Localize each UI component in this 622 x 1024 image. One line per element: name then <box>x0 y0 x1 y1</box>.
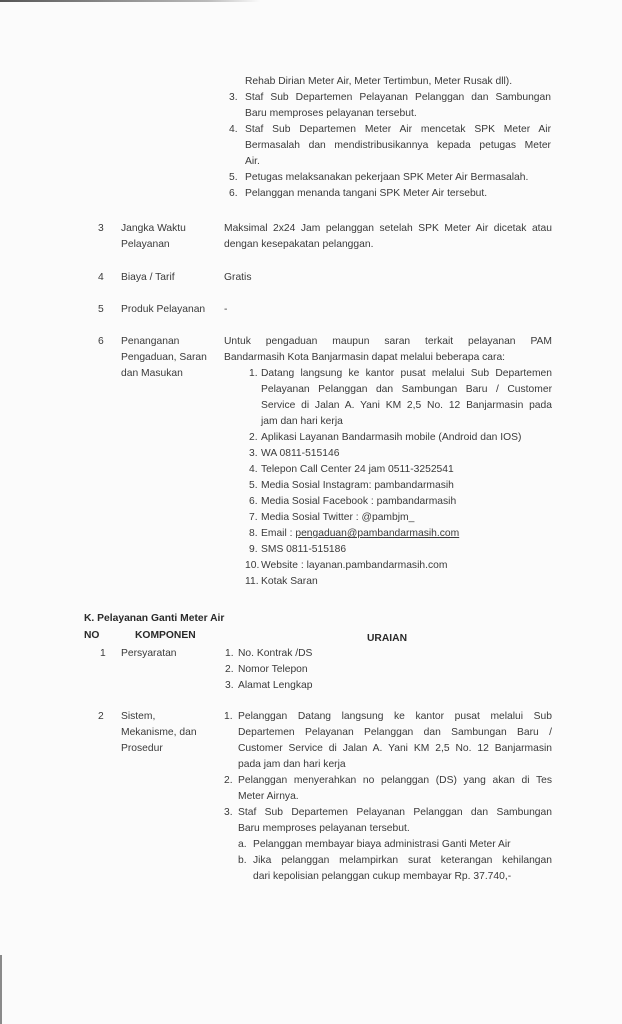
list-item-text: Air. <box>245 155 260 168</box>
komponen-label: Penanganan <box>121 335 179 348</box>
header-uraian: URAIAN <box>367 632 407 645</box>
list-item-text: WA 0811-515146 <box>261 447 339 460</box>
list-item-text: Departemen Pelayanan Pelanggan dan Sambu… <box>238 726 552 739</box>
list-item-text: Rehab Dirian Meter Air, Meter Tertimbun,… <box>245 75 512 88</box>
sub-list-text: Jika pelanggan melampirkan surat keteran… <box>253 854 552 867</box>
list-number: 8. <box>249 527 258 540</box>
uraian-text: Bandarmasih Kota Banjarmasin dapat melal… <box>224 351 505 364</box>
list-item-text: Petugas melaksanakan pekerjaan SPK Meter… <box>245 171 528 184</box>
row-number: 5 <box>98 303 104 316</box>
list-number: 5. <box>249 479 258 492</box>
list-item-text: SMS 0811-515186 <box>261 543 346 556</box>
row-number: 2 <box>98 710 104 723</box>
list-item-text: No. Kontrak /DS <box>238 647 312 660</box>
list-number: 3. <box>225 679 234 692</box>
komponen-label: Sistem, <box>121 710 155 723</box>
list-number: 6. <box>249 495 258 508</box>
komponen-label: Mekanisme, dan <box>121 726 197 739</box>
row-number: 4 <box>98 271 104 284</box>
header-komponen: KOMPONEN <box>135 629 196 642</box>
list-item-text: Meter Airnya. <box>238 790 299 803</box>
list-item-text: Alamat Lengkap <box>238 679 312 692</box>
sub-list-letter: b. <box>238 854 247 867</box>
komponen-label: Prosedur <box>121 742 163 755</box>
komponen-label: Pelayanan <box>121 238 170 251</box>
komponen-label: Persyaratan <box>121 647 177 660</box>
list-item-text: Media Sosial Instagram: pambandarmasih <box>261 479 454 492</box>
list-item-text: Pelanggan menyerahkan no pelanggan (DS) … <box>238 774 552 787</box>
list-number: 4. <box>229 123 238 136</box>
list-item-text: pada jam dan hari kerja <box>238 758 346 771</box>
row-number: 1 <box>100 647 106 660</box>
komponen-label: Produk Pelayanan <box>121 303 205 316</box>
komponen-label: Biaya / Tarif <box>121 271 175 284</box>
list-number: 2. <box>249 431 258 444</box>
list-item-text: Datang langsung ke kantor pusat melalui … <box>261 367 552 380</box>
komponen-label: dan Masukan <box>121 367 183 380</box>
sub-list-text: dari kepolisian pelanggan cukup membayar… <box>253 870 511 883</box>
list-number: 10. <box>245 559 259 572</box>
list-item-text: Staf Sub Departemen Meter Air mencetak S… <box>245 123 551 136</box>
list-item-text: Pelanggan menanda tangani SPK Meter Air … <box>245 187 487 200</box>
list-item-text: Pelanggan Datang langsung ke kantor pusa… <box>238 710 552 723</box>
list-number: 9. <box>249 543 258 556</box>
list-item-text: Telepon Call Center 24 jam 0511-3252541 <box>261 463 454 476</box>
uraian-text: - <box>224 303 227 316</box>
list-item-text: Aplikasi Layanan Bandarmasih mobile (And… <box>261 431 521 444</box>
list-number: 3. <box>229 91 238 104</box>
list-item-text: jam dan hari kerja <box>261 415 343 428</box>
list-number: 2. <box>224 774 233 787</box>
list-number: 6. <box>229 187 238 200</box>
row-number: 6 <box>98 335 104 348</box>
list-item-text: Service di Jalan A. Yani KM 2,5 No. 12 B… <box>261 399 552 412</box>
komponen-label: Jangka Waktu <box>121 222 186 235</box>
list-number: 5. <box>229 171 238 184</box>
uraian-text: Maksimal 2x24 Jam pelanggan setelah SPK … <box>224 222 552 235</box>
section-title: K. Pelayanan Ganti Meter Air <box>84 612 224 625</box>
row-number: 3 <box>98 222 104 235</box>
list-item-text: Baru memproses pelayanan tersebut. <box>245 107 417 120</box>
list-item-text: Email : pengaduan@pambandarmasih.com <box>261 527 459 540</box>
list-number: 7. <box>249 511 258 524</box>
list-item-text: Customer Service di Jalan A. Yani KM 2,5… <box>238 742 552 755</box>
list-item-text: Media Sosial Facebook : pambandarmasih <box>261 495 456 508</box>
email-link[interactable]: pengaduan@pambandarmasih.com <box>295 528 459 539</box>
list-number: 11. <box>245 575 259 588</box>
list-number: 1. <box>225 647 234 660</box>
scan-edge-top <box>0 0 260 2</box>
uraian-text: dengan kesepakatan pelanggan. <box>224 238 373 251</box>
list-item-text: Media Sosial Twitter : @pambjm_ <box>261 511 414 524</box>
list-number: 1. <box>249 367 258 380</box>
list-number: 1. <box>224 710 233 723</box>
list-item-text: Kotak Saran <box>261 575 318 588</box>
list-item-text: Pelayanan Pelanggan dan Sambungan Baru /… <box>261 383 552 396</box>
uraian-text: Gratis <box>224 271 251 284</box>
list-item-text: Bermasalah dan mendistribusikannya kepad… <box>245 139 551 152</box>
list-item-text: Nomor Telepon <box>238 663 308 676</box>
list-number: 2. <box>225 663 234 676</box>
uraian-text: Untuk pengaduan maupun saran terkait pel… <box>224 335 552 348</box>
sub-list-letter: a. <box>238 838 247 851</box>
list-item-text: Baru memproses pelayanan tersebut. <box>238 822 410 835</box>
list-item-text: Website : layanan.pambandarmasih.com <box>261 559 447 572</box>
sub-list-text: Pelanggan membayar biaya administrasi Ga… <box>253 838 511 851</box>
komponen-label: Pengaduan, Saran <box>121 351 207 364</box>
header-no: NO <box>84 629 99 642</box>
list-item-text: Staf Sub Departemen Pelayanan Pelanggan … <box>245 91 551 104</box>
list-number: 3. <box>224 806 233 819</box>
list-number: 4. <box>249 463 258 476</box>
list-item-text: Staf Sub Departemen Pelayanan Pelanggan … <box>238 806 552 819</box>
list-number: 3. <box>249 447 258 460</box>
scan-edge-left <box>0 955 2 1024</box>
